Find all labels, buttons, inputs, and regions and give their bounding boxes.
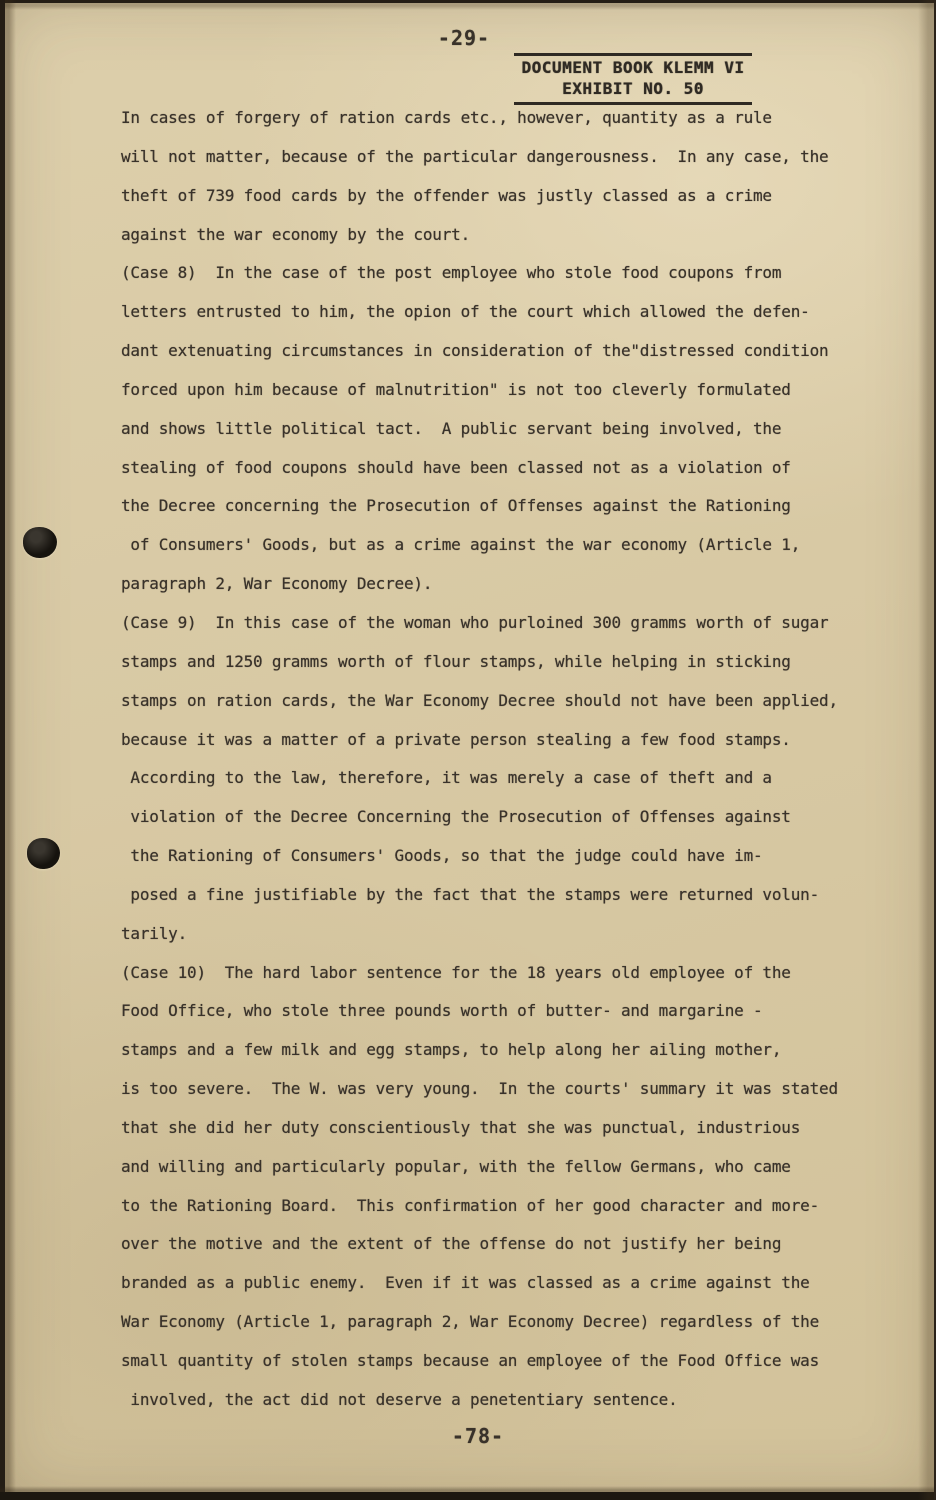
- scan-edge-left: [0, 0, 16, 1500]
- page-number-top: -29-: [404, 26, 524, 50]
- text-line: small quantity of stolen stamps because …: [121, 1342, 916, 1381]
- text-line: stamps and a few milk and egg stamps, to…: [121, 1031, 916, 1070]
- stamp-line-1: DOCUMENT BOOK KLEMM VI: [516, 57, 750, 78]
- scanned-document-page: -29- DOCUMENT BOOK KLEMM VI EXHIBIT NO. …: [0, 0, 936, 1500]
- text-line: In cases of forgery of ration cards etc.…: [121, 99, 916, 138]
- text-line: against the war economy by the court.: [121, 216, 916, 255]
- hole-punch-top: [23, 527, 57, 558]
- text-line: and willing and particularly popular, wi…: [121, 1148, 916, 1187]
- text-line: theft of 739 food cards by the offender …: [121, 177, 916, 216]
- text-line: dant extenuating circumstances in consid…: [121, 332, 916, 371]
- text-line: paragraph 2, War Economy Decree).: [121, 565, 916, 604]
- text-line: and shows little political tact. A publi…: [121, 410, 916, 449]
- text-line: forced upon him because of malnutrition"…: [121, 371, 916, 410]
- text-line: letters entrusted to him, the opion of t…: [121, 293, 916, 332]
- text-line: (Case 10) The hard labor sentence for th…: [121, 954, 916, 993]
- text-line: to the Rationing Board. This confirmatio…: [121, 1187, 916, 1226]
- text-line: of Consumers' Goods, but as a crime agai…: [121, 526, 916, 565]
- text-line: will not matter, because of the particul…: [121, 138, 916, 177]
- text-line: branded as a public enemy. Even if it wa…: [121, 1264, 916, 1303]
- text-line: that she did her duty conscientiously th…: [121, 1109, 916, 1148]
- text-line: stealing of food coupons should have bee…: [121, 449, 916, 488]
- text-line: (Case 8) In the case of the post employe…: [121, 254, 916, 293]
- text-line: is too severe. The W. was very young. In…: [121, 1070, 916, 1109]
- page-number-bottom: -78-: [418, 1424, 538, 1448]
- stamp-line-2: EXHIBIT NO. 50: [516, 78, 750, 99]
- text-line: stamps and 1250 gramms worth of flour st…: [121, 643, 916, 682]
- text-line: the Rationing of Consumers' Goods, so th…: [121, 837, 916, 876]
- scan-edge-top: [0, 0, 936, 10]
- text-line: tarily.: [121, 915, 916, 954]
- text-line: War Economy (Article 1, paragraph 2, War…: [121, 1303, 916, 1342]
- text-line: (Case 9) In this case of the woman who p…: [121, 604, 916, 643]
- text-line: According to the law, therefore, it was …: [121, 759, 916, 798]
- hole-punch-bottom: [27, 838, 60, 869]
- text-line: over the motive and the extent of the of…: [121, 1225, 916, 1264]
- text-line: violation of the Decree Concerning the P…: [121, 798, 916, 837]
- exhibit-stamp: DOCUMENT BOOK KLEMM VI EXHIBIT NO. 50: [514, 53, 752, 105]
- scan-edge-bottom: [0, 1486, 936, 1500]
- text-line: because it was a matter of a private per…: [121, 721, 916, 760]
- typewritten-text: In cases of forgery of ration cards etc.…: [121, 99, 916, 1420]
- text-line: stamps on ration cards, the War Economy …: [121, 682, 916, 721]
- text-line: posed a fine justifiable by the fact tha…: [121, 876, 916, 915]
- text-line: involved, the act did not deserve a pene…: [121, 1381, 916, 1420]
- text-line: the Decree concerning the Prosecution of…: [121, 487, 916, 526]
- text-line: Food Office, who stole three pounds wort…: [121, 992, 916, 1031]
- scan-edge-right: [918, 0, 936, 1500]
